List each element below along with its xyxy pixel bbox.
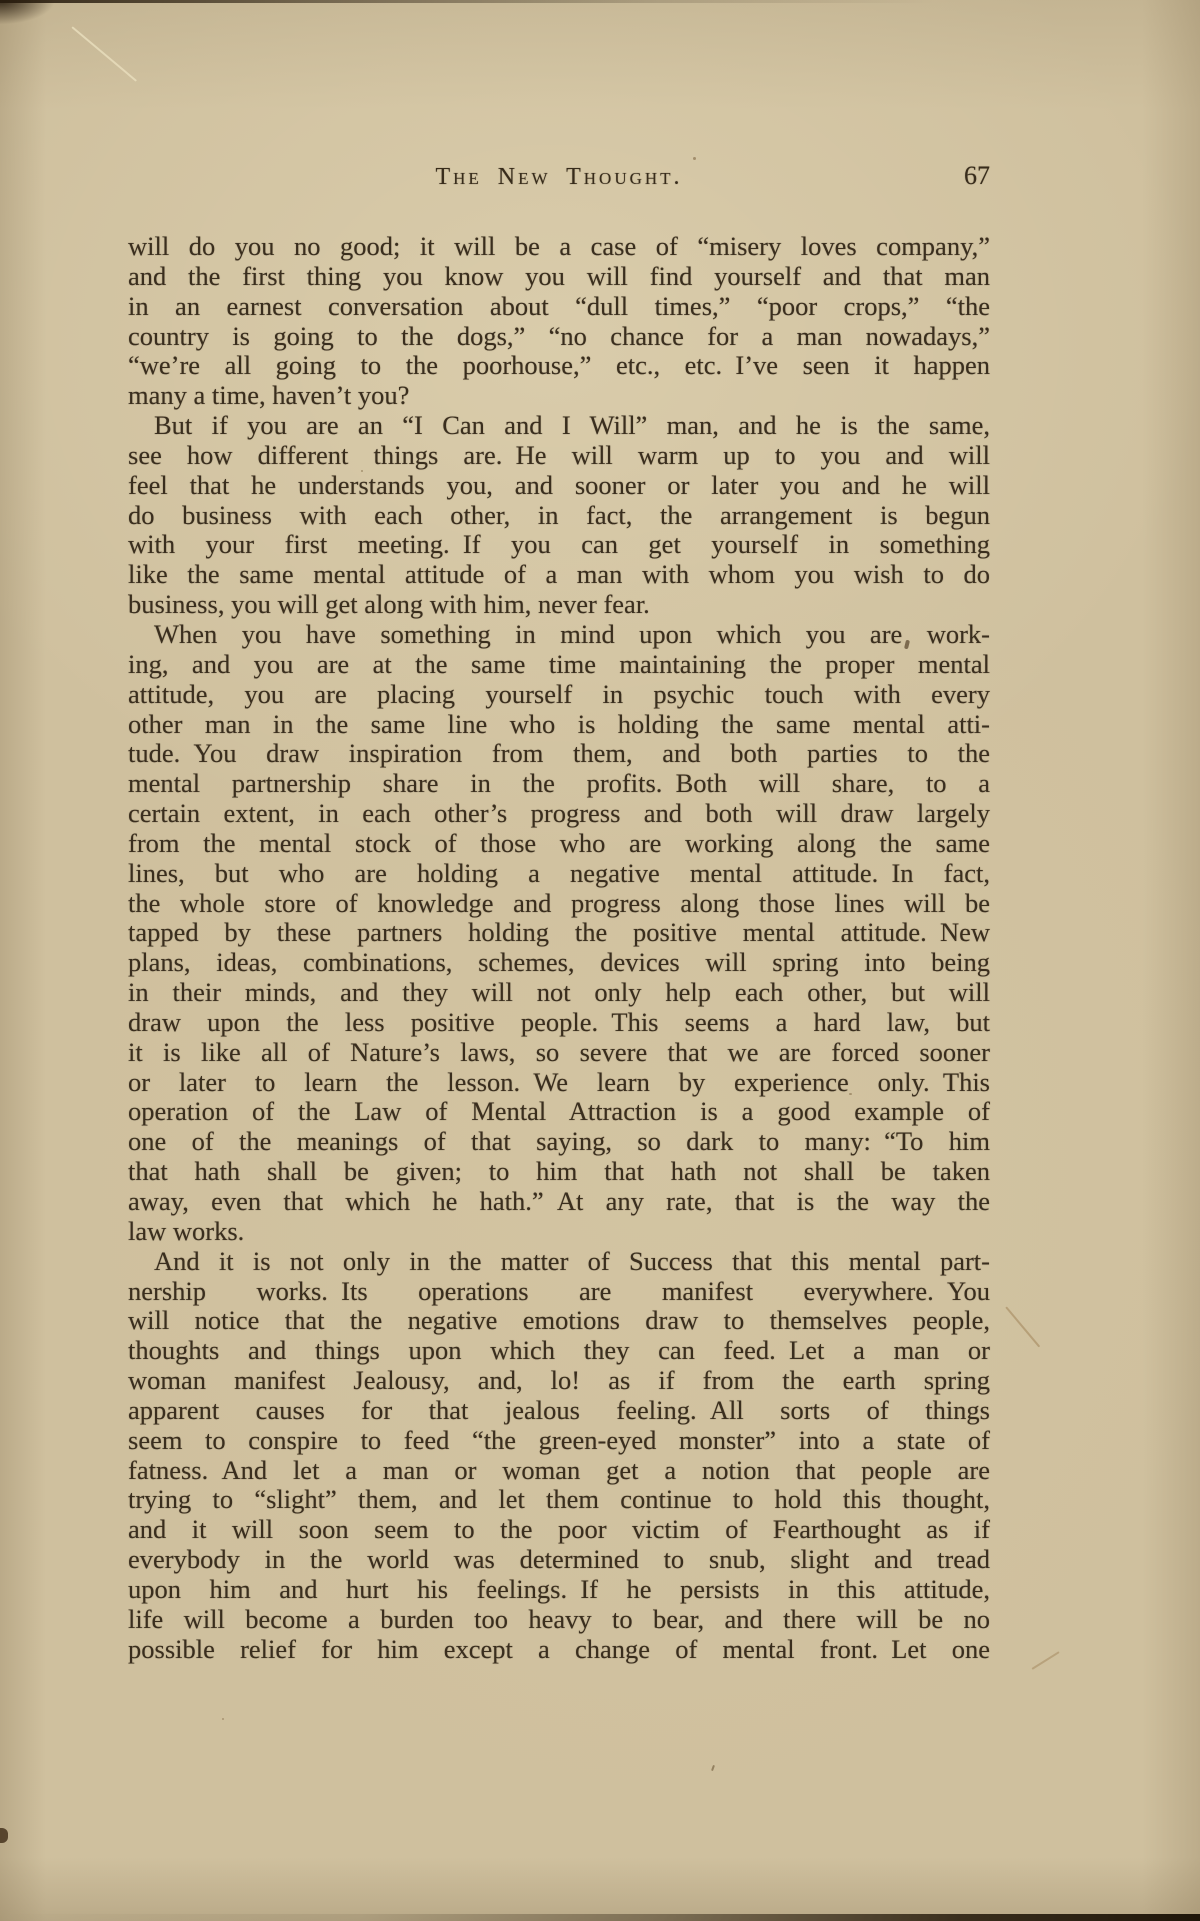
text-line: or later to learn the lesson. We learn b… [128,1068,990,1098]
text-line: trying to “slight” them, and let them co… [128,1485,990,1515]
text-line: thoughts and things upon which they can … [128,1336,990,1366]
text-line: the whole store of knowledge and progres… [128,889,990,919]
text-line: apparent causes for that jealous feeling… [128,1396,990,1426]
text-line: will do you no good; it will be a case o… [128,232,990,262]
text-line: with your first meeting. If you can get … [128,530,990,560]
text-line: from the mental stock of those who are w… [128,829,990,859]
paper-speck [222,1718,224,1720]
text-line: in an earnest conversation about “dull t… [128,292,990,322]
text-line: law works. [128,1217,990,1247]
page-number: 67 [128,161,990,191]
text-line: one of the meanings of that saying, so d… [128,1127,990,1157]
book-page-scan: The New Thought. 67 will do you no good;… [0,0,1200,1921]
text-line: see how different things are. He will wa… [128,441,990,471]
paragraph: But if you are an “I Can and I Will” man… [128,411,990,620]
text-line: “we’re all going to the poorhouse,” etc.… [128,351,990,381]
text-line: business, you will get along with him, n… [128,590,990,620]
text-line: feel that he understands you, and sooner… [128,471,990,501]
text-line: certain extent, in each other’s progress… [128,799,990,829]
text-line: other man in the same line who is holdin… [128,710,990,740]
paper-speck [693,157,696,160]
text-line: life will become a burden too heavy to b… [128,1605,990,1635]
text-line: upon him and hurt his feelings. If he pe… [128,1575,990,1605]
text-line: lines, but who are holding a negative me… [128,859,990,889]
text-line: And it is not only in the matter of Succ… [128,1247,990,1277]
text-line: it is like all of Nature’s laws, so seve… [128,1038,990,1068]
text-line: draw upon the less positive people. This… [128,1008,990,1038]
text-line: But if you are an “I Can and I Will” man… [128,411,990,441]
scan-scratch-mark [1031,1651,1059,1670]
text-line: plans, ideas, combinations, schemes, dev… [128,948,990,978]
text-line: everybody in the world was determined to… [128,1545,990,1575]
text-line: When you have something in mind upon whi… [128,620,990,650]
text-line: in their minds, and they will not only h… [128,978,990,1008]
text-line: many a time, haven’t you? [128,381,990,411]
text-line: tude. You draw inspiration from them, an… [128,739,990,769]
text-line: possible relief for him except a change … [128,1635,990,1665]
scan-scratch-mark [71,26,137,82]
scan-scratch-mark [1005,1306,1040,1347]
text-line: like the same mental attitude of a man w… [128,560,990,590]
text-line: ing, and you are at the same time mainta… [128,650,990,680]
text-line: seem to conspire to feed “the green-eyed… [128,1426,990,1456]
scan-bottom-edge [0,1914,1200,1921]
text-line: will notice that the negative emotions d… [128,1306,990,1336]
text-line: woman manifest Jealousy, and, lo! as if … [128,1366,990,1396]
text-line: do business with each other, in fact, th… [128,501,990,531]
text-line: country is going to the dogs,” “no chanc… [128,322,990,352]
paragraph: When you have something in mind upon whi… [128,620,990,1247]
text-line: away, even that which he hath.” At any r… [128,1187,990,1217]
text-line: and the first thing you know you will fi… [128,262,990,292]
text-line: fatness. And let a man or woman get a no… [128,1456,990,1486]
text-line: mental partnership share in the profits.… [128,769,990,799]
page-body: will do you no good; it will be a case o… [128,232,990,1665]
text-line: nership works. Its operations are manife… [128,1277,990,1307]
paragraph: will do you no good; it will be a case o… [128,232,990,411]
text-line: and it will soon seem to the poor victim… [128,1515,990,1545]
text-line: tapped by these partners holding the pos… [128,918,990,948]
paragraph: And it is not only in the matter of Succ… [128,1247,990,1665]
text-line: that hath shall be given; to him that ha… [128,1157,990,1187]
text-line: attitude, you are placing yourself in ps… [128,680,990,710]
text-line: operation of the Law of Mental Attractio… [128,1097,990,1127]
paper-speck [711,1765,715,1771]
scan-corner-stain [0,0,54,24]
scan-top-edge [0,0,1200,3]
scan-edge-speck [0,1828,8,1843]
